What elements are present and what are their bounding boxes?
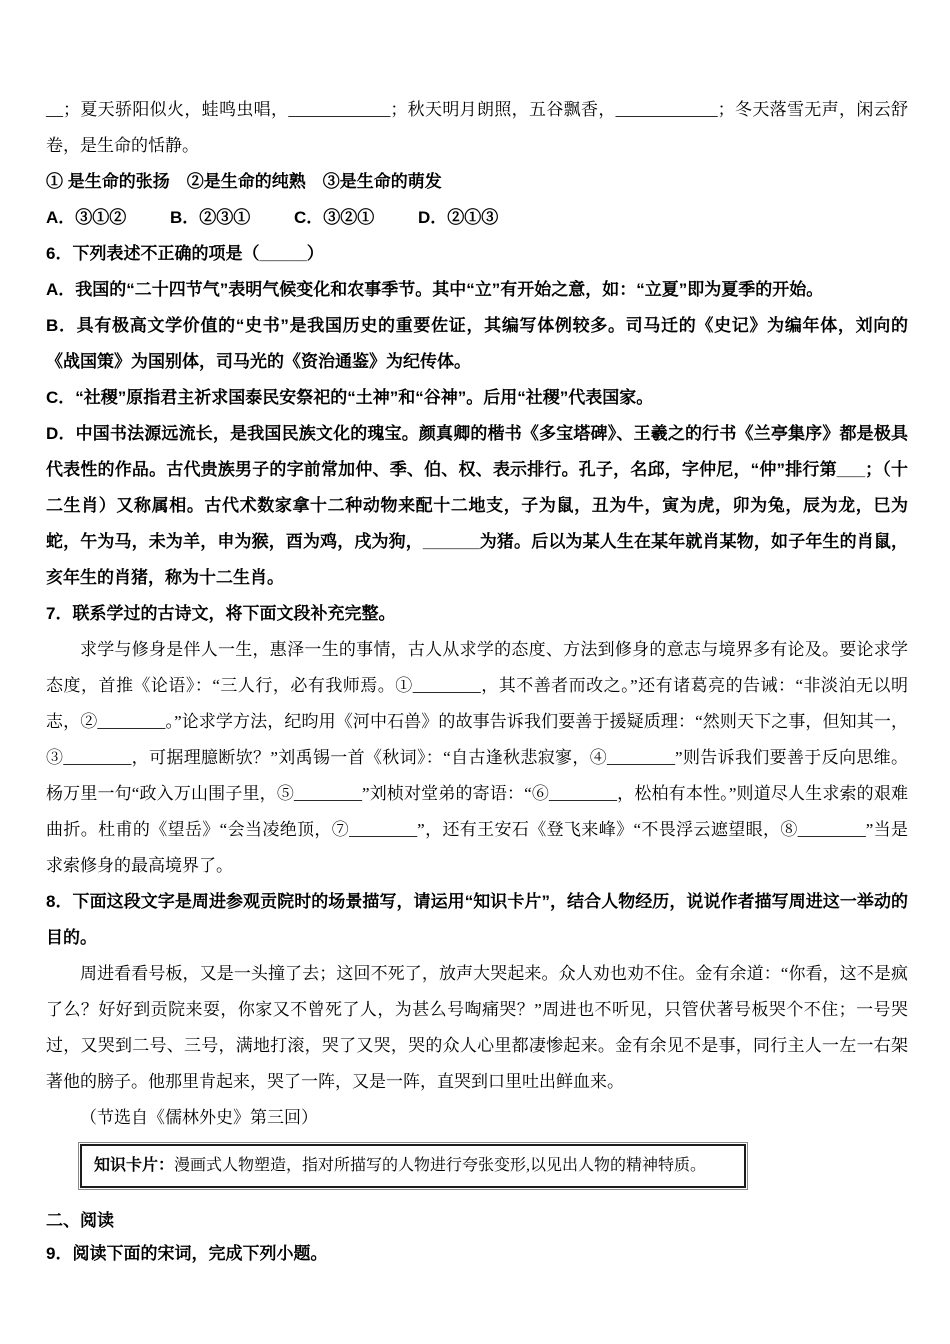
q6-option-d: D．中国书法源远流长，是我国民族文化的瑰宝。颜真卿的楷书《多宝塔碑》、王羲之的行… [46, 416, 908, 596]
q8-excerpt: 周进看看号板，又是一头撞了去；这回不死了，放声大哭起来。众人劝也劝不住。金有余道… [46, 956, 908, 1100]
q6-option-b: B．具有极高文学价值的“史书”是我国历史的重要佐证，其编写体例较多。司马迁的《史… [46, 308, 908, 380]
q7-passage: 求学与修身是伴人一生，惠泽一生的事情，古人从求学的态度、方法到修身的意志与境界多… [46, 632, 908, 884]
q5-choice-d: D．②①③ [418, 200, 498, 236]
q5-items-line: ① 是生命的张扬 ②是生命的纯熟 ③是生命的萌发 [46, 164, 908, 200]
q6-stem: 6．下列表述不正确的项是（_____） [46, 236, 908, 272]
q8-source: （节选自《儒林外史》第三回） [46, 1100, 908, 1136]
q8-stem: 8．下面这段文字是周进参观贡院时的场景描写，请运用“知识卡片”，结合人物经历，说… [46, 884, 908, 956]
q5-continuation-text: __；夏天骄阳似火，蛙鸣虫唱，____________；秋天明月朗照，五谷飘香，… [46, 92, 908, 164]
q5-choices-row: A．③①② B．②③① C．③②① D．②①③ [46, 200, 908, 236]
q9-stem: 9．阅读下面的宋词，完成下列小题。 [46, 1238, 908, 1270]
q6-option-a: A．我国的“二十四节气”表明气候变化和农事季节。其中“立”有开始之意，如：“立夏… [46, 272, 908, 308]
q5-choice-c: C．③②① [294, 200, 418, 236]
q5-choice-a: A．③①② [46, 200, 170, 236]
q5-choice-b: B．②③① [170, 200, 294, 236]
knowledge-card-label: 知识卡片： [94, 1157, 174, 1174]
section2-heading: 二、阅读 [46, 1204, 908, 1238]
exam-page: __；夏天骄阳似火，蛙鸣虫唱，____________；秋天明月朗照，五谷飘香，… [0, 0, 950, 1344]
knowledge-card-text: 漫画式人物塑造，指对所描写的人物进行夸张变形,以见出人物的精神特质。 [174, 1157, 706, 1174]
q6-option-c: C．“社稷”原指君主祈求国泰民安祭祀的“土神”和“谷神”。后用“社稷”代表国家。 [46, 380, 908, 416]
knowledge-card-box: 知识卡片：漫画式人物塑造，指对所描写的人物进行夸张变形,以见出人物的精神特质。 [80, 1144, 746, 1188]
q7-stem: 7．联系学过的古诗文，将下面文段补充完整。 [46, 596, 908, 632]
